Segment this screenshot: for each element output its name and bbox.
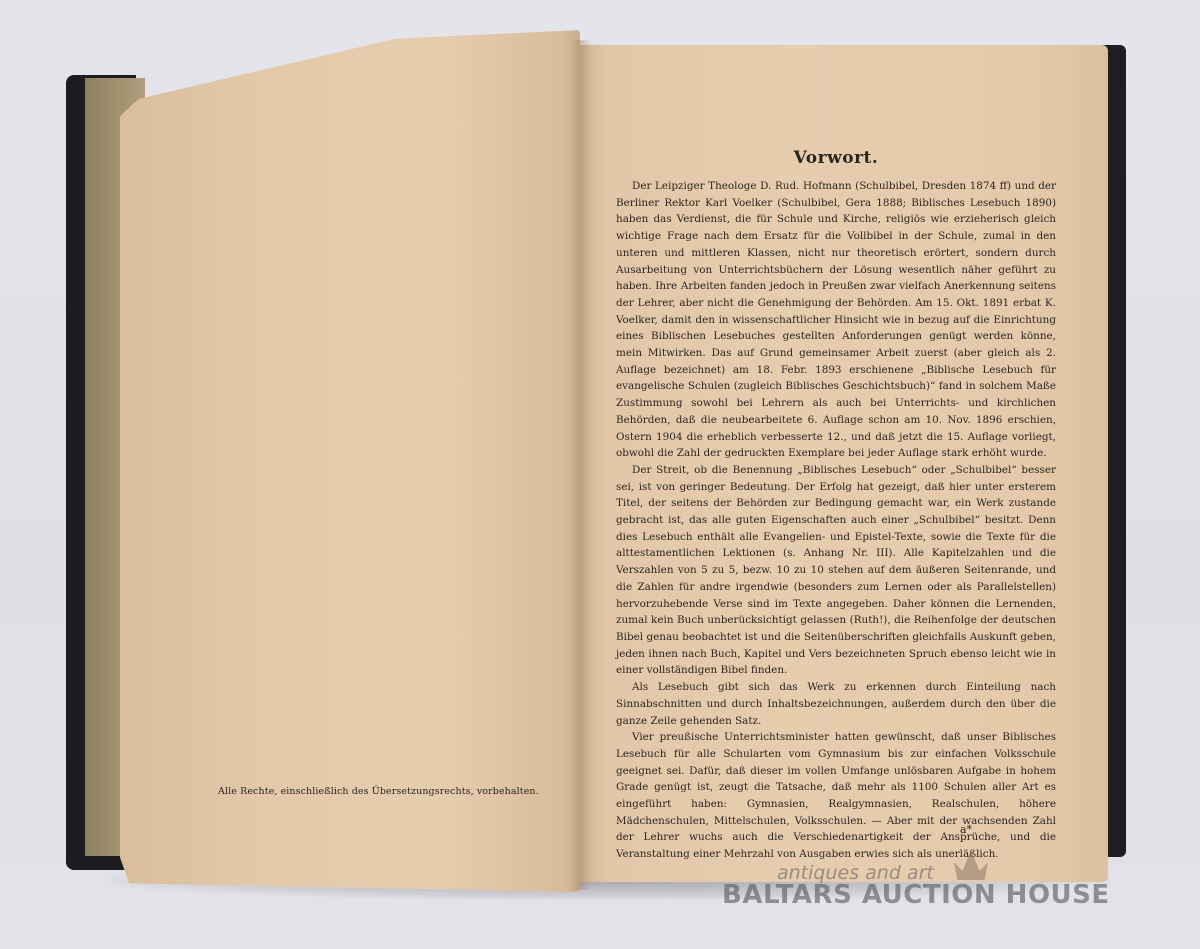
rights-notice: Alle Rechte, einschließlich des Übersetz… xyxy=(218,786,538,797)
book-gutter xyxy=(570,40,592,890)
paragraph: Der Streit, ob die Benennung „Biblisches… xyxy=(616,462,1056,679)
watermark-name: BALTARS AUCTION HOUSE xyxy=(722,880,1110,910)
paragraph: Vier preußische Unterrichtsminister hatt… xyxy=(616,729,1056,863)
page-title: Vorwort. xyxy=(616,148,1056,168)
preface-text: Vorwort. Der Leipziger Theologe D. Rud. … xyxy=(616,148,1056,863)
watermark: antiques and art BALTARS AUCTION HOUSE xyxy=(722,862,1122,922)
paragraph: Der Leipziger Theologe D. Rud. Hofmann (… xyxy=(616,178,1056,462)
left-page xyxy=(120,30,580,892)
paragraph: Als Lesebuch gibt sich das Werk zu erken… xyxy=(616,679,1056,729)
signature-mark: a* xyxy=(960,823,972,836)
